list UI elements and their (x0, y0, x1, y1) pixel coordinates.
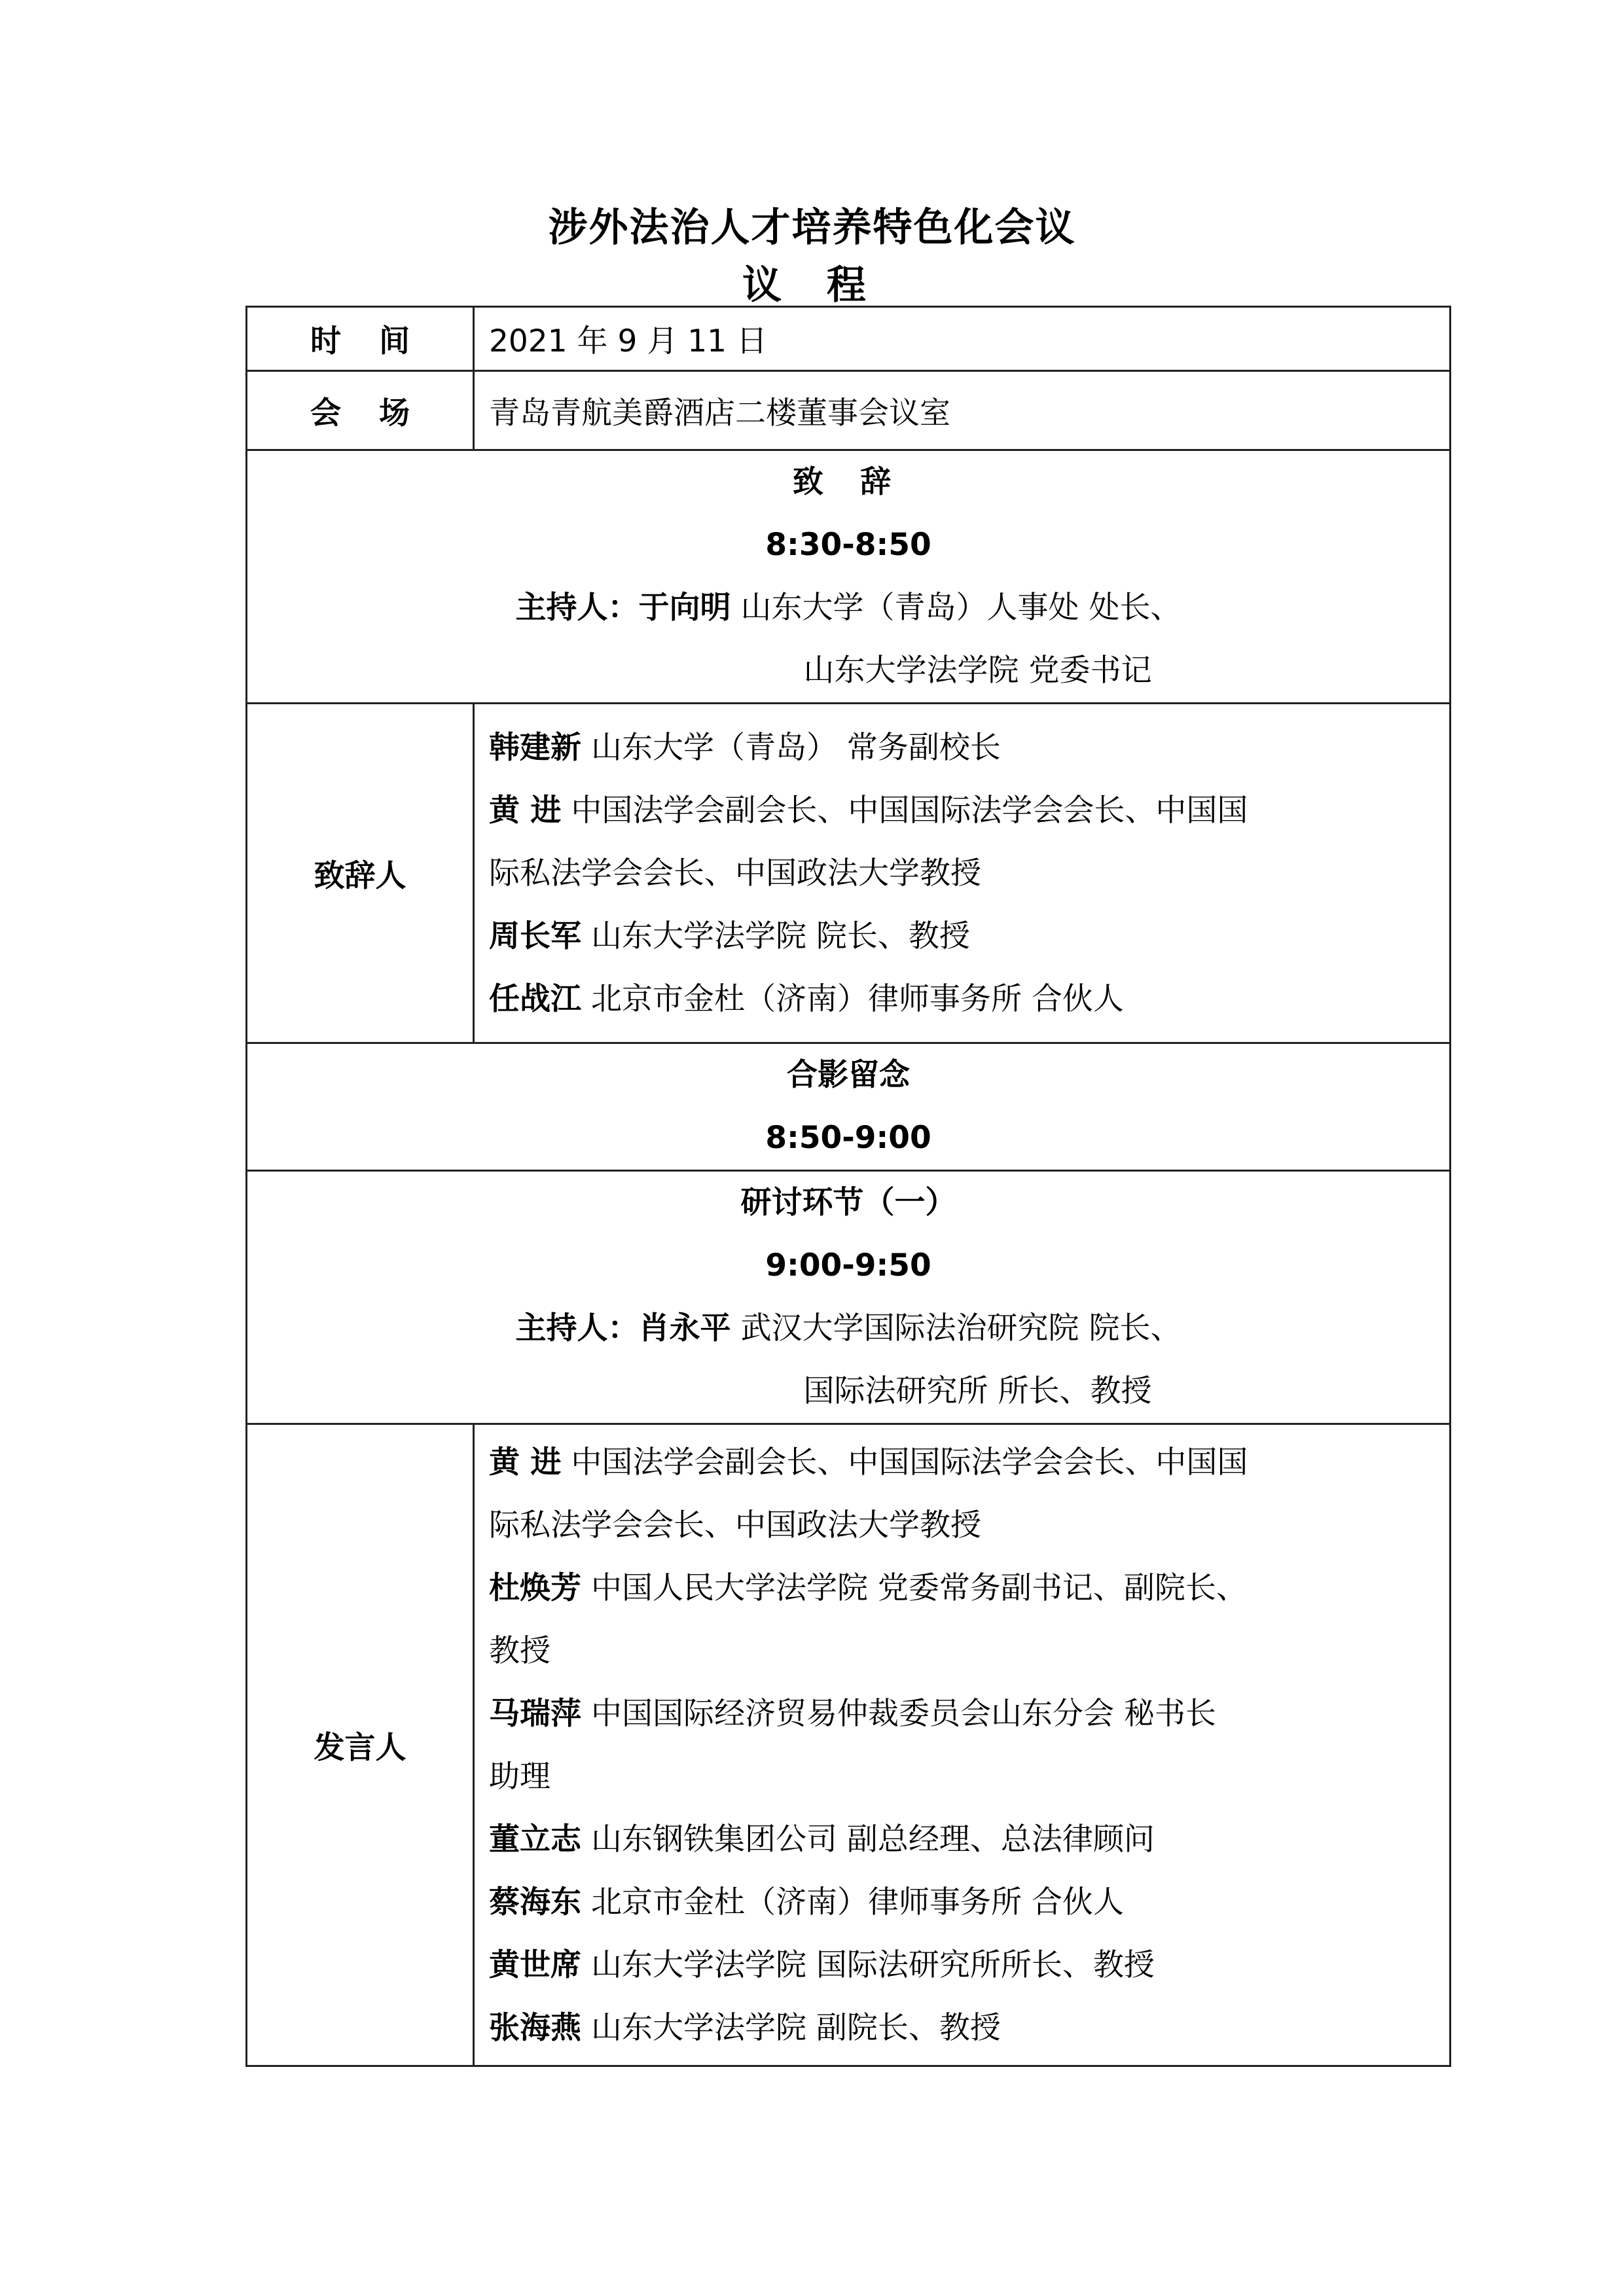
document-title: 涉外法治人才培养特色化会议 (0, 196, 1624, 253)
document-subtitle: 议 程 (0, 254, 1624, 310)
speaker-item: 蔡海东 北京市金杜（济南）律师事务所 合伙人 (489, 1871, 1435, 1934)
session2-time: 9:00-9:50 (247, 1234, 1449, 1297)
session2-speakers-row: 发言人 黄 进 中国法学会副会长、中国国际法学会会长、中国国际私法学会会长、中国… (247, 1424, 1451, 2066)
speaker-item: 马瑞萍 中国国际经济贸易仲裁委员会山东分会 秘书长助理 (489, 1683, 1435, 1808)
session2-host-name: 主持人：肖永平 (516, 1310, 731, 1346)
session1-header-row: 致 辞 8:30-8:50 主持人：于向明 山东大学（青岛）人事处 处长、 山东… (247, 450, 1451, 704)
session2-header-row: 研讨环节（一） 9:00-9:50 主持人：肖永平 武汉大学国际法治研究院 院长… (247, 1171, 1451, 1424)
session1-header: 致 辞 8:30-8:50 主持人：于向明 山东大学（青岛）人事处 处长、 山东… (247, 450, 1451, 704)
venue-row: 会场 青岛青航美爵酒店二楼董事会议室 (247, 371, 1451, 450)
session1-speakers: 韩建新 山东大学（青岛） 常务副校长 黄 进 中国法学会副会长、中国国际法学会会… (474, 704, 1451, 1043)
session1-speakers-label: 致辞人 (247, 704, 474, 1043)
venue-value: 青岛青航美爵酒店二楼董事会议室 (474, 371, 1451, 450)
speaker-item: 董立志 山东钢铁集团公司 副总经理、总法律顾问 (489, 1808, 1435, 1871)
speaker-item: 张海燕 山东大学法学院 副院长、教授 (489, 1997, 1435, 2060)
photo-session: 合影留念 8:50-9:00 (247, 1043, 1451, 1171)
session2-host-title1: 武汉大学国际法治研究院 院长、 (741, 1310, 1182, 1346)
speaker-item: 黄 进 中国法学会副会长、中国国际法学会会长、中国国际私法学会会长、中国政法大学… (489, 1431, 1435, 1557)
speaker-item: 周长军 山东大学法学院 院长、教授 (489, 905, 1435, 968)
session1-time: 8:30-8:50 (247, 514, 1449, 577)
session1-title: 致 辞 (247, 451, 1449, 514)
time-label: 时间 (247, 307, 474, 371)
session1-host: 主持人：于向明 山东大学（青岛）人事处 处长、 山东大学法学院 党委书记 (516, 577, 1182, 702)
session1-host-title1: 山东大学（青岛）人事处 处长、 (741, 590, 1182, 626)
speaker-item: 韩建新 山东大学（青岛） 常务副校长 (489, 717, 1435, 780)
speaker-item: 黄世席 山东大学法学院 国际法研究所所长、教授 (489, 1934, 1435, 1997)
speaker-item: 任战江 北京市金杜（济南）律师事务所 合伙人 (489, 968, 1435, 1031)
session2-speakers-label: 发言人 (247, 1424, 474, 2066)
time-row: 时间 2021 年 9 月 11 日 (247, 307, 1451, 371)
session2-title: 研讨环节（一） (247, 1172, 1449, 1234)
session1-speakers-row: 致辞人 韩建新 山东大学（青岛） 常务副校长 黄 进 中国法学会副会长、中国国际… (247, 704, 1451, 1043)
session2-host-title2: 国际法研究所 所长、教授 (516, 1360, 1182, 1423)
session2-speakers: 黄 进 中国法学会副会长、中国国际法学会会长、中国国际私法学会会长、中国政法大学… (474, 1424, 1451, 2066)
session2-header: 研讨环节（一） 9:00-9:50 主持人：肖永平 武汉大学国际法治研究院 院长… (247, 1171, 1451, 1424)
speaker-item: 黄 进 中国法学会副会长、中国国际法学会会长、中国国际私法学会会长、中国政法大学… (489, 780, 1435, 905)
photo-title: 合影留念 (247, 1044, 1449, 1107)
speaker-item: 杜焕芳 中国人民大学法学院 党委常务副书记、副院长、教授 (489, 1557, 1435, 1683)
venue-label: 会场 (247, 371, 474, 450)
agenda-table: 时间 2021 年 9 月 11 日 会场 青岛青航美爵酒店二楼董事会议室 致 … (245, 306, 1451, 2067)
photo-row: 合影留念 8:50-9:00 (247, 1043, 1451, 1171)
session1-host-title2: 山东大学法学院 党委书记 (516, 639, 1182, 702)
session2-host: 主持人：肖永平 武汉大学国际法治研究院 院长、 国际法研究所 所长、教授 (516, 1297, 1182, 1423)
session1-host-name: 主持人：于向明 (516, 590, 731, 626)
time-value: 2021 年 9 月 11 日 (474, 307, 1451, 371)
photo-time: 8:50-9:00 (247, 1107, 1449, 1170)
